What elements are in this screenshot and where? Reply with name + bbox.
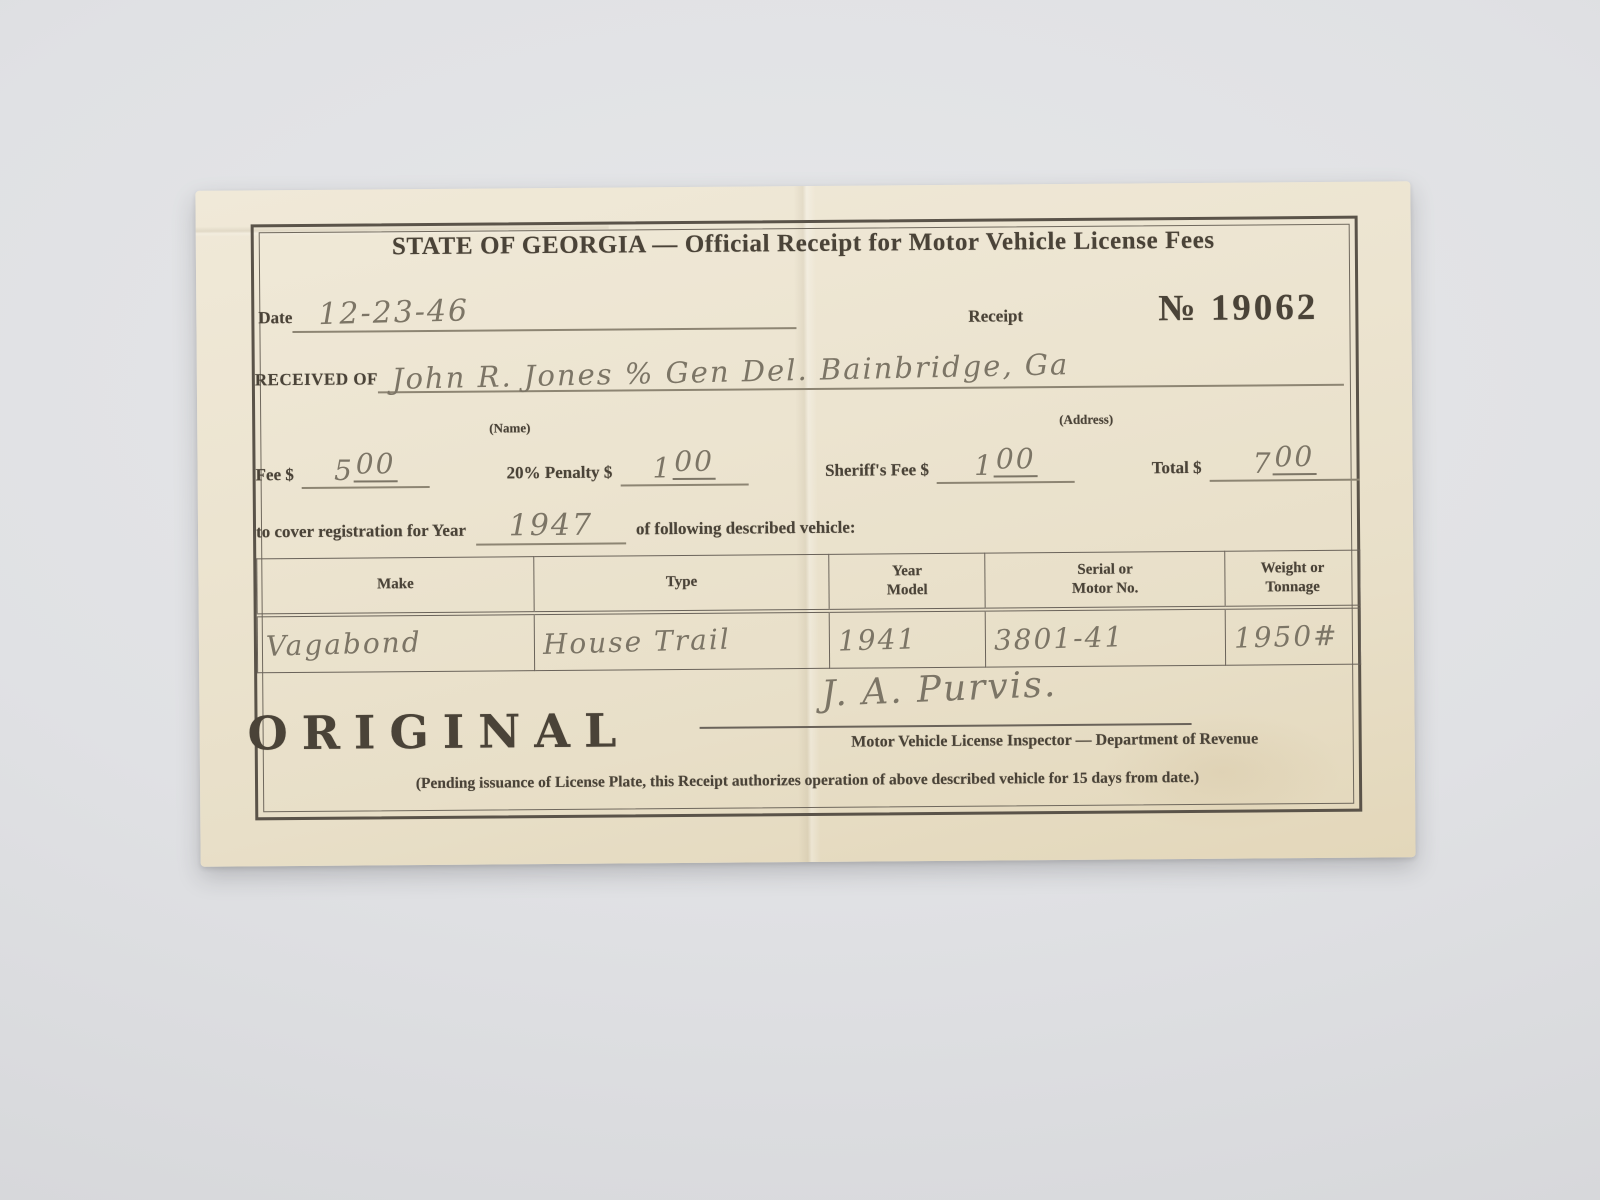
date-blank: 12-23-46 [292,292,796,333]
registration-row: to cover registration for Year 1947 of f… [256,506,856,548]
address-sublabel: (Address) [1059,412,1113,428]
receipt-number: № 19062 [1158,286,1318,330]
receipt-label: Receipt [968,306,1023,326]
fee-cents: 00 [354,447,398,482]
penalty-group: 20% Penalty $ 100 [506,444,748,487]
total-blank: 700 [1209,440,1359,483]
header-year-model: Year Model [829,553,985,610]
total-dollars: 7 [1253,447,1273,480]
receipt-paper: STATE OF GEORGIA — Official Receipt for … [195,181,1415,867]
name-sublabel: (Name) [489,420,530,436]
fee-row: Fee $ 500 20% Penalty $ 100 Sheriff's Fe… [255,440,1359,490]
fee-label: Fee $ [256,465,294,485]
sheriff-fee-group: Sheriff's Fee $ 100 [825,442,1075,485]
total-label: Total $ [1152,458,1202,478]
date-label: Date [258,308,292,328]
sheriff-fee-label: Sheriff's Fee $ [825,460,929,481]
header-type: Type [534,554,830,612]
header-make: Make [257,557,534,615]
cell-make: Vagabond [257,613,534,673]
cell-year-model: 1941 [830,609,986,668]
penalty-label: 20% Penalty $ [506,463,612,484]
sheriff-fee-dollars: 1 [974,449,994,482]
original-label: ORIGINAL [247,703,630,760]
registration-prefix: to cover registration for Year [256,521,466,543]
penalty-dollars: 1 [652,451,672,484]
make-value: Vagabond [265,625,422,662]
penalty-blank: 100 [620,444,748,486]
total-cents: 00 [1272,440,1316,475]
registration-year-blank: 1947 [476,507,626,545]
date-value: 12-23-46 [318,293,470,332]
date-row: Date 12-23-46 [258,292,796,333]
sheriff-fee-cents: 00 [994,442,1038,477]
photo-background: STATE OF GEORGIA — Official Receipt for … [0,0,1600,1200]
registration-year: 1947 [509,508,594,544]
cell-type: House Trail [534,610,830,670]
year-model-value: 1941 [838,622,918,657]
type-value: House Trail [542,622,731,660]
cell-weight-tonnage: 1950# [1226,606,1361,665]
header-serial-motor-no: Serial or Motor No. [985,551,1226,609]
fee-group: Fee $ 500 [255,447,430,490]
registration-suffix: of following described vehicle: [636,518,856,540]
vehicle-table: Make Type Year Model Serial or Motor No.… [256,550,1361,674]
sheriff-fee-blank: 100 [937,442,1075,484]
vehicle-table-header-row: Make Type Year Model Serial or Motor No.… [257,550,1360,615]
serial-motor-no-value: 3801-41 [993,620,1124,657]
total-group: Total $ 700 [1151,440,1359,483]
received-of-label: RECEIVED OF [255,369,378,390]
penalty-cents: 00 [672,445,716,480]
fee-blank: 500 [302,447,430,489]
header-weight-tonnage: Weight or Tonnage [1225,550,1360,607]
fee-dollars: 5 [334,454,354,487]
weight-tonnage-value: 1950# [1234,618,1340,654]
received-of-blank: John R. Jones % Gen Del. Bainbridge, Ga [378,350,1344,394]
